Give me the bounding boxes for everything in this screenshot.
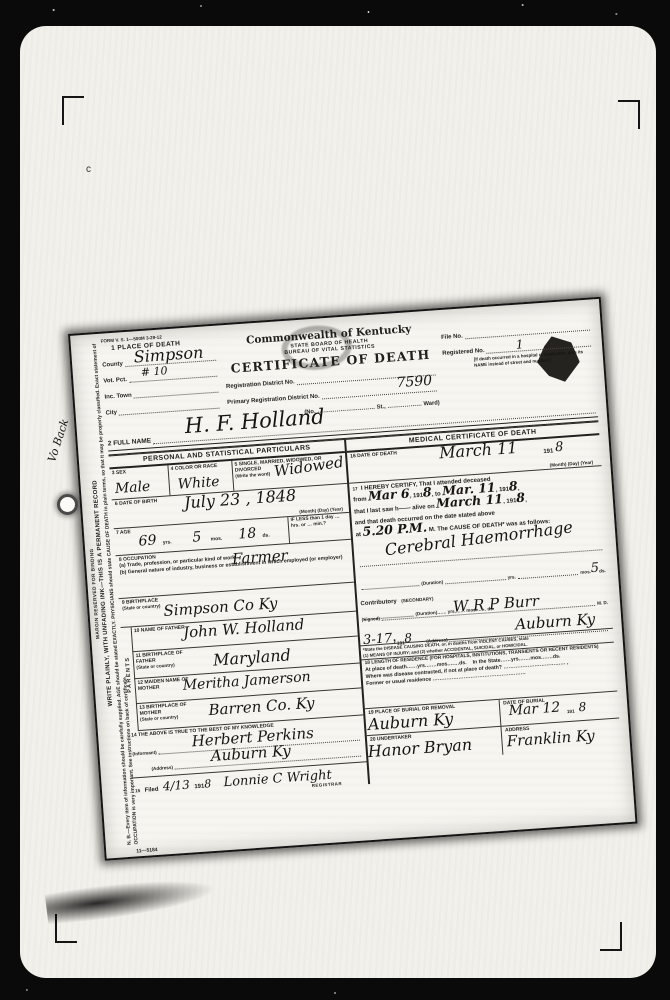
- precinct-row: Vot. Pct. # 10: [103, 369, 219, 385]
- duration-ds-unit: ds.: [599, 568, 606, 573]
- registered-no-value: 1: [515, 337, 524, 351]
- file-no-label: File No.: [441, 333, 463, 340]
- informant-label: (Informant): [132, 750, 157, 757]
- saw-year-digit: 8: [516, 489, 526, 505]
- registrar-label: REGISTRAR: [312, 781, 343, 788]
- dotted-line: [464, 323, 590, 340]
- age-years-unit: yrs.: [163, 539, 172, 546]
- filed-date-value: 4/13: [162, 778, 190, 794]
- microfilm-frame: c Vo Back MARGIN RESERVED FOR BINDING WR…: [0, 0, 670, 1000]
- at-label: at: [356, 532, 362, 538]
- duration-mos-unit: mos.: [580, 569, 591, 575]
- age-months-value: 5: [192, 529, 202, 546]
- dod-year-printed: 191: [543, 448, 553, 455]
- filed-number: 15: [135, 788, 140, 793]
- m-label: M.: [429, 526, 436, 532]
- inc-town-label: Inc. Town: [104, 393, 132, 401]
- registration-mark-top-left: [62, 96, 84, 125]
- inc-town-row: Inc. Town: [104, 385, 220, 401]
- informant-address-label: (Address): [151, 765, 173, 771]
- age-years-value: 69: [138, 532, 157, 549]
- county-label: County: [102, 361, 123, 368]
- marital-value: Widowed: [273, 453, 345, 481]
- certificate-body: FORM V. S. 1—500M 3-29-12 1 PLACE OF DEA…: [70, 299, 635, 859]
- race-value: White: [177, 474, 220, 493]
- age-months-unit: mos.: [210, 536, 222, 543]
- mother-birthplace-value: Barren Co. Ky: [208, 694, 315, 719]
- sex-label: 3 SEX: [112, 467, 166, 477]
- registration-mark-bottom-right: [600, 922, 622, 951]
- film-stray-mark: c: [86, 164, 91, 175]
- primary-registration-label: Primary Registration District No.: [227, 394, 320, 406]
- death-certificate: MARGIN RESERVED FOR BINDING WRITE PLAINL…: [68, 297, 638, 861]
- registration-mark-top-right: [618, 100, 640, 129]
- file-registered-block: File No. Registered No. 1 [If death occu…: [440, 310, 597, 405]
- precinct-value: # 10: [140, 364, 168, 379]
- medical-column: MEDICAL CERTIFICATE OF DEATH 16 DATE OF …: [346, 422, 622, 784]
- main-columns: PERSONAL AND STATISTICAL PARTICULARS 3 S…: [109, 421, 623, 800]
- age-less-cell: IF LESS than 1 day … hrs. or … min.?: [287, 513, 351, 543]
- age-days-value: 18: [238, 525, 257, 542]
- dod-value: March 11: [439, 438, 518, 462]
- sex-value: Male: [114, 479, 150, 497]
- contributory-label: Contributory: [360, 599, 397, 608]
- personal-column: PERSONAL AND STATISTICAL PARTICULARS 3 S…: [109, 440, 370, 801]
- race-label: 4 COLOR OR RACE: [170, 462, 229, 472]
- dod-year-digit: 8: [555, 440, 564, 456]
- from-year-printed: 191: [413, 493, 423, 500]
- burial-date-value: Mar 12: [508, 700, 561, 720]
- filed-label: Filed: [144, 787, 158, 794]
- full-name-label: 2 FULL NAME: [108, 437, 152, 447]
- primary-registration-value: 7590: [396, 373, 433, 391]
- city-label: City: [105, 410, 117, 417]
- duration-yrs-unit: yrs.: [507, 574, 516, 580]
- signed-year-digit: 8: [404, 631, 413, 645]
- print-code: 11—5184: [136, 847, 158, 854]
- saw-label-2: alive on: [412, 504, 435, 512]
- md-label: M. D.: [597, 600, 608, 606]
- contributory-sub-label: (SECONDARY): [401, 596, 434, 603]
- dotted-line: [133, 385, 218, 399]
- scan-smudge: [45, 872, 218, 926]
- precinct-label: Vot. Pct.: [103, 377, 127, 385]
- father-birthplace-value: Maryland: [212, 645, 291, 669]
- saw-label-1: that I last saw h——: [354, 505, 411, 515]
- registration-district-label: Registration District No.: [226, 379, 295, 390]
- punch-hole: [57, 494, 78, 515]
- certify-number: 17: [352, 486, 357, 491]
- signed-date-value: 3-17: [363, 631, 393, 648]
- sex-cell: 3 SEX Male: [110, 465, 170, 499]
- burial-year-printed: 191: [567, 709, 575, 715]
- age-days-unit: ds.: [262, 532, 270, 538]
- from-value: Mar 6: [368, 486, 411, 504]
- header-title-block: Commonwealth of Kentucky STATE BOARD OF …: [223, 321, 440, 421]
- from-year-digit: 8: [422, 484, 432, 500]
- county-value: Simpson: [133, 343, 204, 367]
- filed-year-digit: 8: [204, 777, 212, 790]
- certify-block: 17 I HEREBY CERTIFY, That I attended dec…: [349, 466, 609, 591]
- film-page: c Vo Back MARGIN RESERVED FOR BINDING WR…: [20, 26, 656, 978]
- parents-block: PARENTS 10 NAME OF FATHER John W. Hollan…: [121, 612, 364, 732]
- burial-year-digit: 8: [578, 700, 587, 714]
- margin-handwritten-note: Vo Back: [45, 417, 71, 463]
- saw-year-printed: 191: [506, 498, 516, 505]
- from-label: from: [353, 497, 367, 504]
- signed-label: (Signed): [361, 616, 380, 622]
- saw-value: March 11: [436, 491, 504, 511]
